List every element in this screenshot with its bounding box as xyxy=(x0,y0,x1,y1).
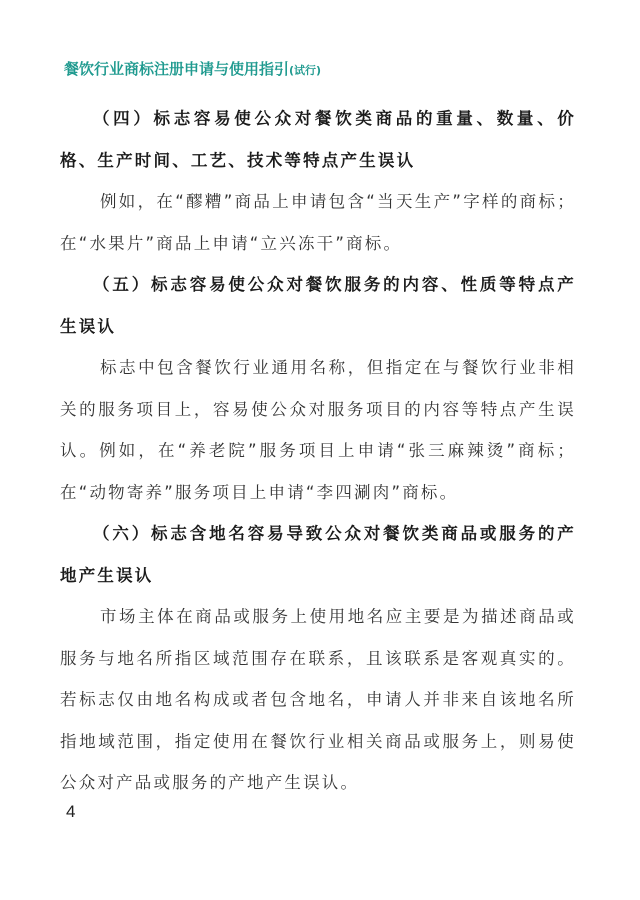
section-heading-4: （四）标志容易使公众对餐饮类商品的重量、数量、价格、生产时间、工艺、技术等特点产… xyxy=(60,98,576,181)
running-header: 餐饮行业商标注册申请与使用指引(试行) xyxy=(64,58,321,79)
section-body-4: 例如，在“醪糟”商品上申请包含“当天生产”字样的商标；在“水果片”商品上申请“立… xyxy=(60,181,576,264)
document-title: 餐饮行业商标注册申请与使用指引 xyxy=(64,60,289,78)
section-heading-6: （六）标志含地名容易导致公众对餐饮类商品或服务的产地产生误认 xyxy=(60,513,576,596)
page-number: 4 xyxy=(66,802,75,822)
section-body-5: 标志中包含餐饮行业通用名称，但指定在与餐饮行业非相关的服务项目上，容易使公众对服… xyxy=(60,347,576,513)
document-title-suffix: (试行) xyxy=(289,64,321,77)
section-body-6: 市场主体在商品或服务上使用地名应主要是为描述商品或服务与地名所指区域范围存在联系… xyxy=(60,596,576,804)
section-heading-5: （五）标志容易使公众对餐饮服务的内容、性质等特点产生误认 xyxy=(60,264,576,347)
page-content: （四）标志容易使公众对餐饮类商品的重量、数量、价格、生产时间、工艺、技术等特点产… xyxy=(60,98,576,804)
